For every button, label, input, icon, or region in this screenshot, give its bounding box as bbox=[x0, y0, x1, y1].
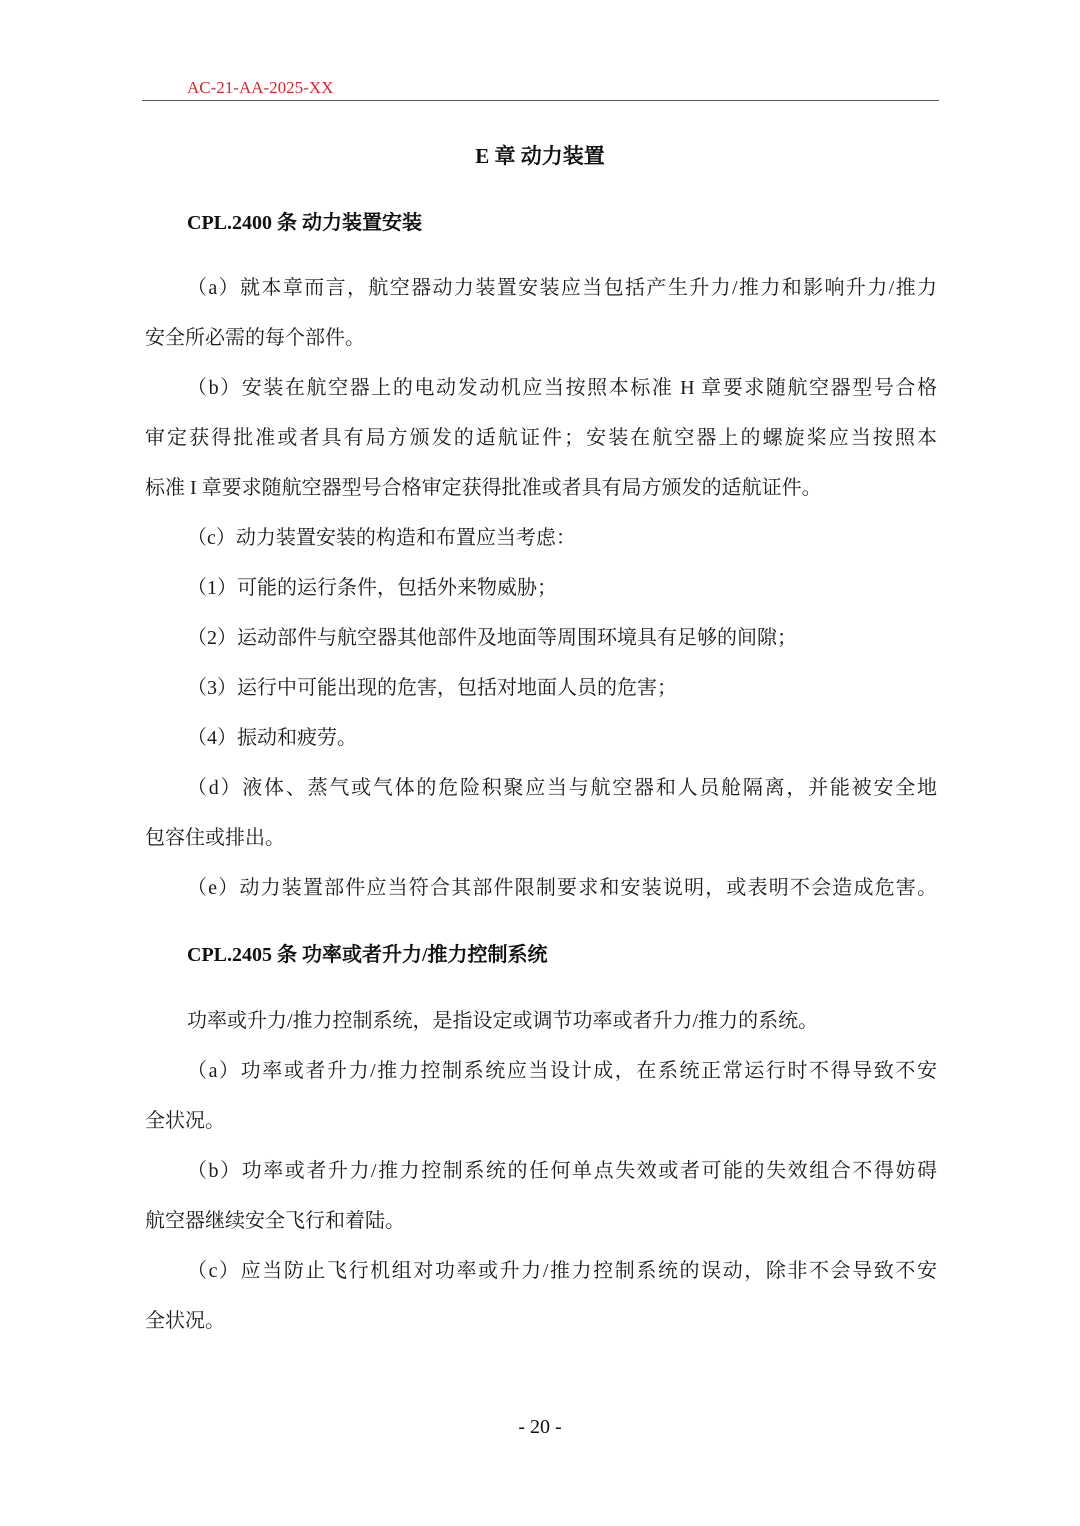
document-page: AC-21-AA-2025-XX E 章 动力装置 CPL.2400 条 动力装… bbox=[0, 0, 1080, 1526]
paragraph-line: （d）液体、蒸气或气体的危险积聚应当与航空器和人员舱隔离，并能被安全地 bbox=[187, 775, 937, 801]
list-item: （3）运行中可能出现的危害，包括对地面人员的危害； bbox=[187, 675, 677, 701]
chapter-title: E 章 动力装置 bbox=[0, 143, 1080, 169]
paragraph-line: 航空器继续安全飞行和着陆。 bbox=[145, 1208, 405, 1234]
paragraph-line: （c）动力装置安装的构造和布置应当考虑： bbox=[187, 525, 576, 551]
document-code: AC-21-AA-2025-XX bbox=[187, 78, 333, 98]
paragraph-line: 全状况。 bbox=[145, 1108, 225, 1134]
list-item: （1）可能的运行条件，包括外来物威胁； bbox=[187, 575, 557, 601]
paragraph-line: （a）就本章而言，航空器动力装置安装应当包括产生升力/推力和影响升力/推力 bbox=[187, 275, 937, 301]
section-title-cpl2405: CPL.2405 条 功率或者升力/推力控制系统 bbox=[187, 942, 548, 968]
header-divider bbox=[142, 100, 939, 101]
paragraph-line: （b）安装在航空器上的电动发动机应当按照本标准 H 章要求随航空器型号合格 bbox=[187, 375, 937, 401]
paragraph-line: 包容住或排出。 bbox=[145, 825, 285, 851]
paragraph-line: （b）功率或者升力/推力控制系统的任何单点失效或者可能的失效组合不得妨碍 bbox=[187, 1158, 937, 1184]
paragraph-line: （e）动力装置部件应当符合其部件限制要求和安装说明，或表明不会造成危害。 bbox=[187, 875, 937, 901]
page-number: - 20 - bbox=[0, 1414, 1080, 1440]
paragraph-line: 标准 I 章要求随航空器型号合格审定获得批准或者具有局方颁发的适航证件。 bbox=[145, 475, 822, 501]
paragraph-line: 全状况。 bbox=[145, 1308, 225, 1334]
list-item: （2）运动部件与航空器其他部件及地面等周围环境具有足够的间隙； bbox=[187, 625, 797, 651]
list-item: （4）振动和疲劳。 bbox=[187, 725, 357, 751]
section-title-cpl2400: CPL.2400 条 动力装置安装 bbox=[187, 210, 422, 236]
paragraph-line: 审定获得批准或者具有局方颁发的适航证件；安装在航空器上的螺旋桨应当按照本 bbox=[145, 425, 937, 451]
paragraph-line: 安全所必需的每个部件。 bbox=[145, 325, 365, 351]
paragraph-line: （a）功率或者升力/推力控制系统应当设计成，在系统正常运行时不得导致不安 bbox=[187, 1058, 937, 1084]
paragraph-line: 功率或升力/推力控制系统，是指设定或调节功率或者升力/推力的系统。 bbox=[187, 1008, 818, 1034]
paragraph-line: （c）应当防止飞行机组对功率或升力/推力控制系统的误动，除非不会导致不安 bbox=[187, 1258, 937, 1284]
